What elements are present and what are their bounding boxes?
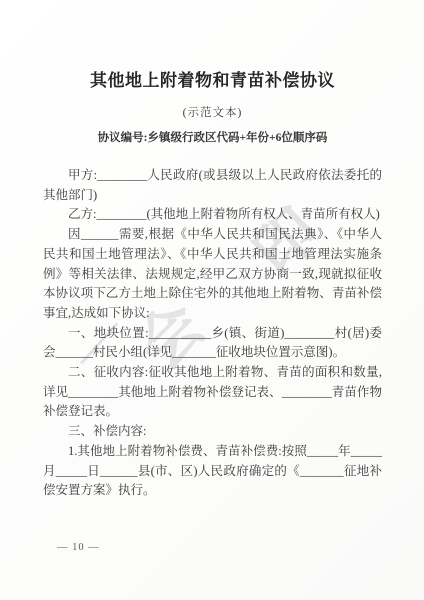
page-title: 其他地上附着物和青苗补偿协议: [43, 70, 382, 92]
paragraph-clause-3-item-1: 1.其他地上附着物补偿费、青苗补偿费:按照_____年_____月_____日_…: [43, 442, 382, 501]
paragraph-clause-2-content: 二、征收内容:征收其他地上附着物、青苗的面积和数量,详见________其他地上…: [43, 363, 382, 422]
paragraph-clause-1-location: 一、地块位置:__________乡(镇、街道)________村(居)委会__…: [43, 324, 382, 363]
document-content: 其他地上附着物和青苗补偿协议 (示范文本) 协议编号:乡镇级行政区代码+年份+6…: [43, 70, 382, 501]
paragraph-clause-3-heading: 三、补偿内容:: [43, 422, 382, 442]
paragraph-party-a: 甲方:________人民政府(或县级以上人民政府依法委托的其他部门): [43, 166, 382, 205]
document-subtitle: (示范文本): [43, 104, 382, 120]
agreement-number-line: 协议编号:乡镇级行政区代码+年份+6位顺序码: [43, 129, 382, 145]
document-page: 会 印 其他地上附着物和青苗补偿协议 (示范文本) 协议编号:乡镇级行政区代码+…: [0, 0, 424, 600]
paragraph-party-b: 乙方:________(其他地上附着物所有权人、青苗所有权人): [43, 205, 382, 225]
page-number: — 10 —: [57, 542, 100, 553]
paragraph-preamble: 因______需要,根据《中华人民共和国民法典》、《中华人民共和国土地管理法》、…: [43, 225, 382, 324]
